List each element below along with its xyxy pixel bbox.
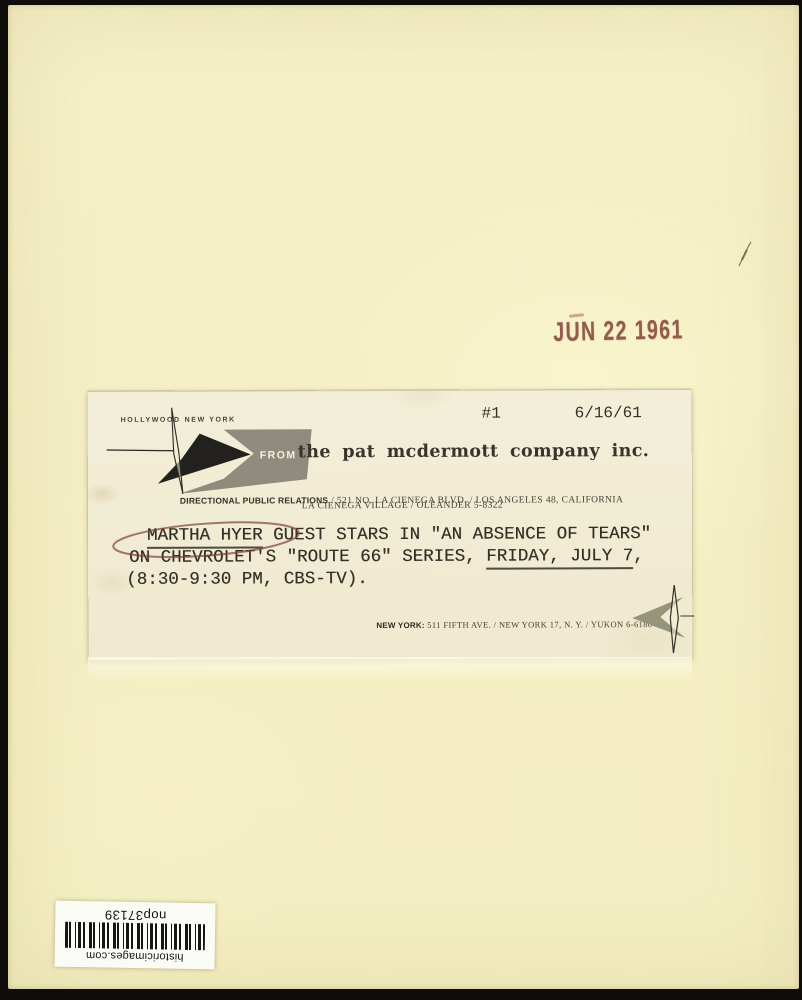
- date-stamp: JUN 22 1961: [553, 314, 684, 348]
- release-date: 6/16/61: [575, 404, 642, 422]
- typed-line-2-post: ,: [633, 546, 644, 566]
- ny-address-rest: 511 FIFTH AVE. / NEW YORK 17, N. Y. / YU…: [425, 619, 653, 630]
- press-release-slip: HOLLYWOOD NEW YORK FROM #1 6/16/61 the p…: [88, 389, 693, 660]
- typed-line-1-rest: GUEST STARS IN "AN ABSENCE OF TEARS": [263, 524, 652, 545]
- ny-address-label: NEW YORK:: [376, 621, 424, 630]
- scratch-mark: [736, 240, 754, 268]
- ny-address-line: NEW YORK: 511 FIFTH AVE. / NEW YORK 17, …: [376, 614, 652, 633]
- barcode-sticker: historicimages.com nop37139: [54, 901, 215, 970]
- release-number: #1: [482, 405, 501, 423]
- la-address-line2: LA CIENEGA VILLAGE / OLEANDER 5-8322: [180, 500, 625, 512]
- sticker-site-text: historicimages.com: [86, 949, 184, 963]
- slip-edge-glow: [88, 657, 692, 681]
- company-name: the pat mcdermott company inc.: [298, 441, 650, 462]
- sticker-code-text: nop37139: [104, 907, 166, 922]
- scan-background: JUN 22 1961 HOLLYWOOD NEW YORK FROM #1 6…: [0, 0, 802, 1000]
- barcode-icon: [65, 922, 205, 950]
- typed-line-3: (8:30-9:30 PM, CBS-TV).: [126, 567, 651, 591]
- airdate: FRIDAY, JULY 7: [486, 546, 633, 570]
- from-label: FROM: [260, 449, 297, 461]
- right-arrow-icon: [620, 585, 700, 658]
- pen-circle-annotation: [106, 515, 310, 564]
- photo-back-paper: JUN 22 1961 HOLLYWOOD NEW YORK FROM #1 6…: [8, 5, 799, 989]
